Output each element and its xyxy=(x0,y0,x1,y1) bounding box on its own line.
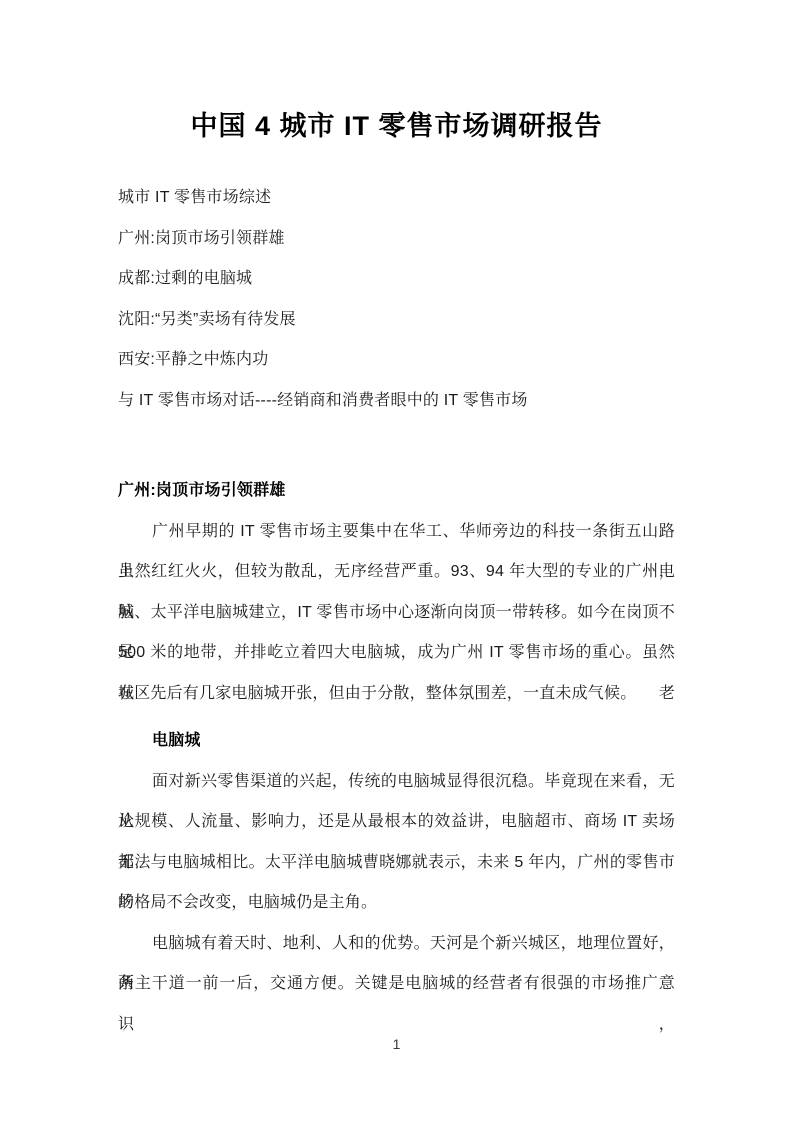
toc-list: 城市 IT 零售市场综述 广州:岗顶市场引领群雄 成都:过剩的电脑城 沈阳:“另… xyxy=(118,178,675,421)
toc-item-overview: 城市 IT 零售市场综述 xyxy=(118,178,675,219)
paragraph-line: 条主干道一前一后，交通方便。关键是电脑城的经营者有很强的市场推广意识， xyxy=(118,964,675,1005)
section-guangzhou: 广州:岗顶市场引领群雄 广州早期的 IT 零售市场主要集中在华工、华师旁边的科技… xyxy=(118,471,675,1005)
toc-item-guangzhou: 广州:岗顶市场引领群雄 xyxy=(118,219,675,260)
paragraph-line: 500 米的地带，并排屹立着四大电脑城，成为广州 IT 零售市场的重心。虽然在老 xyxy=(118,633,675,674)
toc-item-xian: 西安:平静之中炼内功 xyxy=(118,340,675,381)
toc-item-shenyang: 沈阳:“另类”卖场有待发展 xyxy=(118,300,675,341)
paragraph-line: 的格局不会改变，电脑城仍是主角。 xyxy=(118,883,675,924)
paragraph-line: 从规模、人流量、影响力，还是从最根本的效益讲，电脑超市、商场 IT 卖场都 xyxy=(118,802,675,843)
toc-item-dialogue: 与 IT 零售市场对话----经销商和消费者眼中的 IT 零售市场 xyxy=(118,381,675,422)
section-heading: 广州:岗顶市场引领群雄 xyxy=(118,471,675,512)
paragraph-line: 面对新兴零售渠道的兴起，传统的电脑城显得很沉稳。毕竟现在来看，无论 xyxy=(118,762,675,803)
paragraph-line: 虽然红红火火，但较为散乱，无序经营严重。93、94 年大型的专业的广州电脑 xyxy=(118,552,675,593)
toc-item-chengdu: 成都:过剩的电脑城 xyxy=(118,259,675,300)
paragraph-line: 广州早期的 IT 零售市场主要集中在华工、华师旁边的科技一条街五山路上， xyxy=(118,512,675,553)
paragraph-line: 城、太平洋电脑城建立，IT 零售市场中心逐渐向岗顶一带转移。如今在岗顶不足 xyxy=(118,593,675,634)
paragraph-line: 无法与电脑城相比。太平洋电脑城曹晓娜就表示，未来 5 年内，广州的零售市场 xyxy=(118,843,675,884)
document-page: 中国 4 城市 IT 零售市场调研报告 城市 IT 零售市场综述 广州:岗顶市场… xyxy=(0,0,793,1122)
page-number: 1 xyxy=(0,1034,793,1054)
paragraph-line: 电脑城有着天时、地利、人和的优势。天河是个新兴城区，地理位置好，两 xyxy=(118,924,675,965)
paragraph-line: 城区先后有几家电脑城开张，但由于分散，整体氛围差，一直未成气候。 xyxy=(118,674,675,715)
document-title: 中国 4 城市 IT 零售市场调研报告 xyxy=(0,104,793,148)
subheading-computer-mall: 电脑城 xyxy=(118,721,675,762)
